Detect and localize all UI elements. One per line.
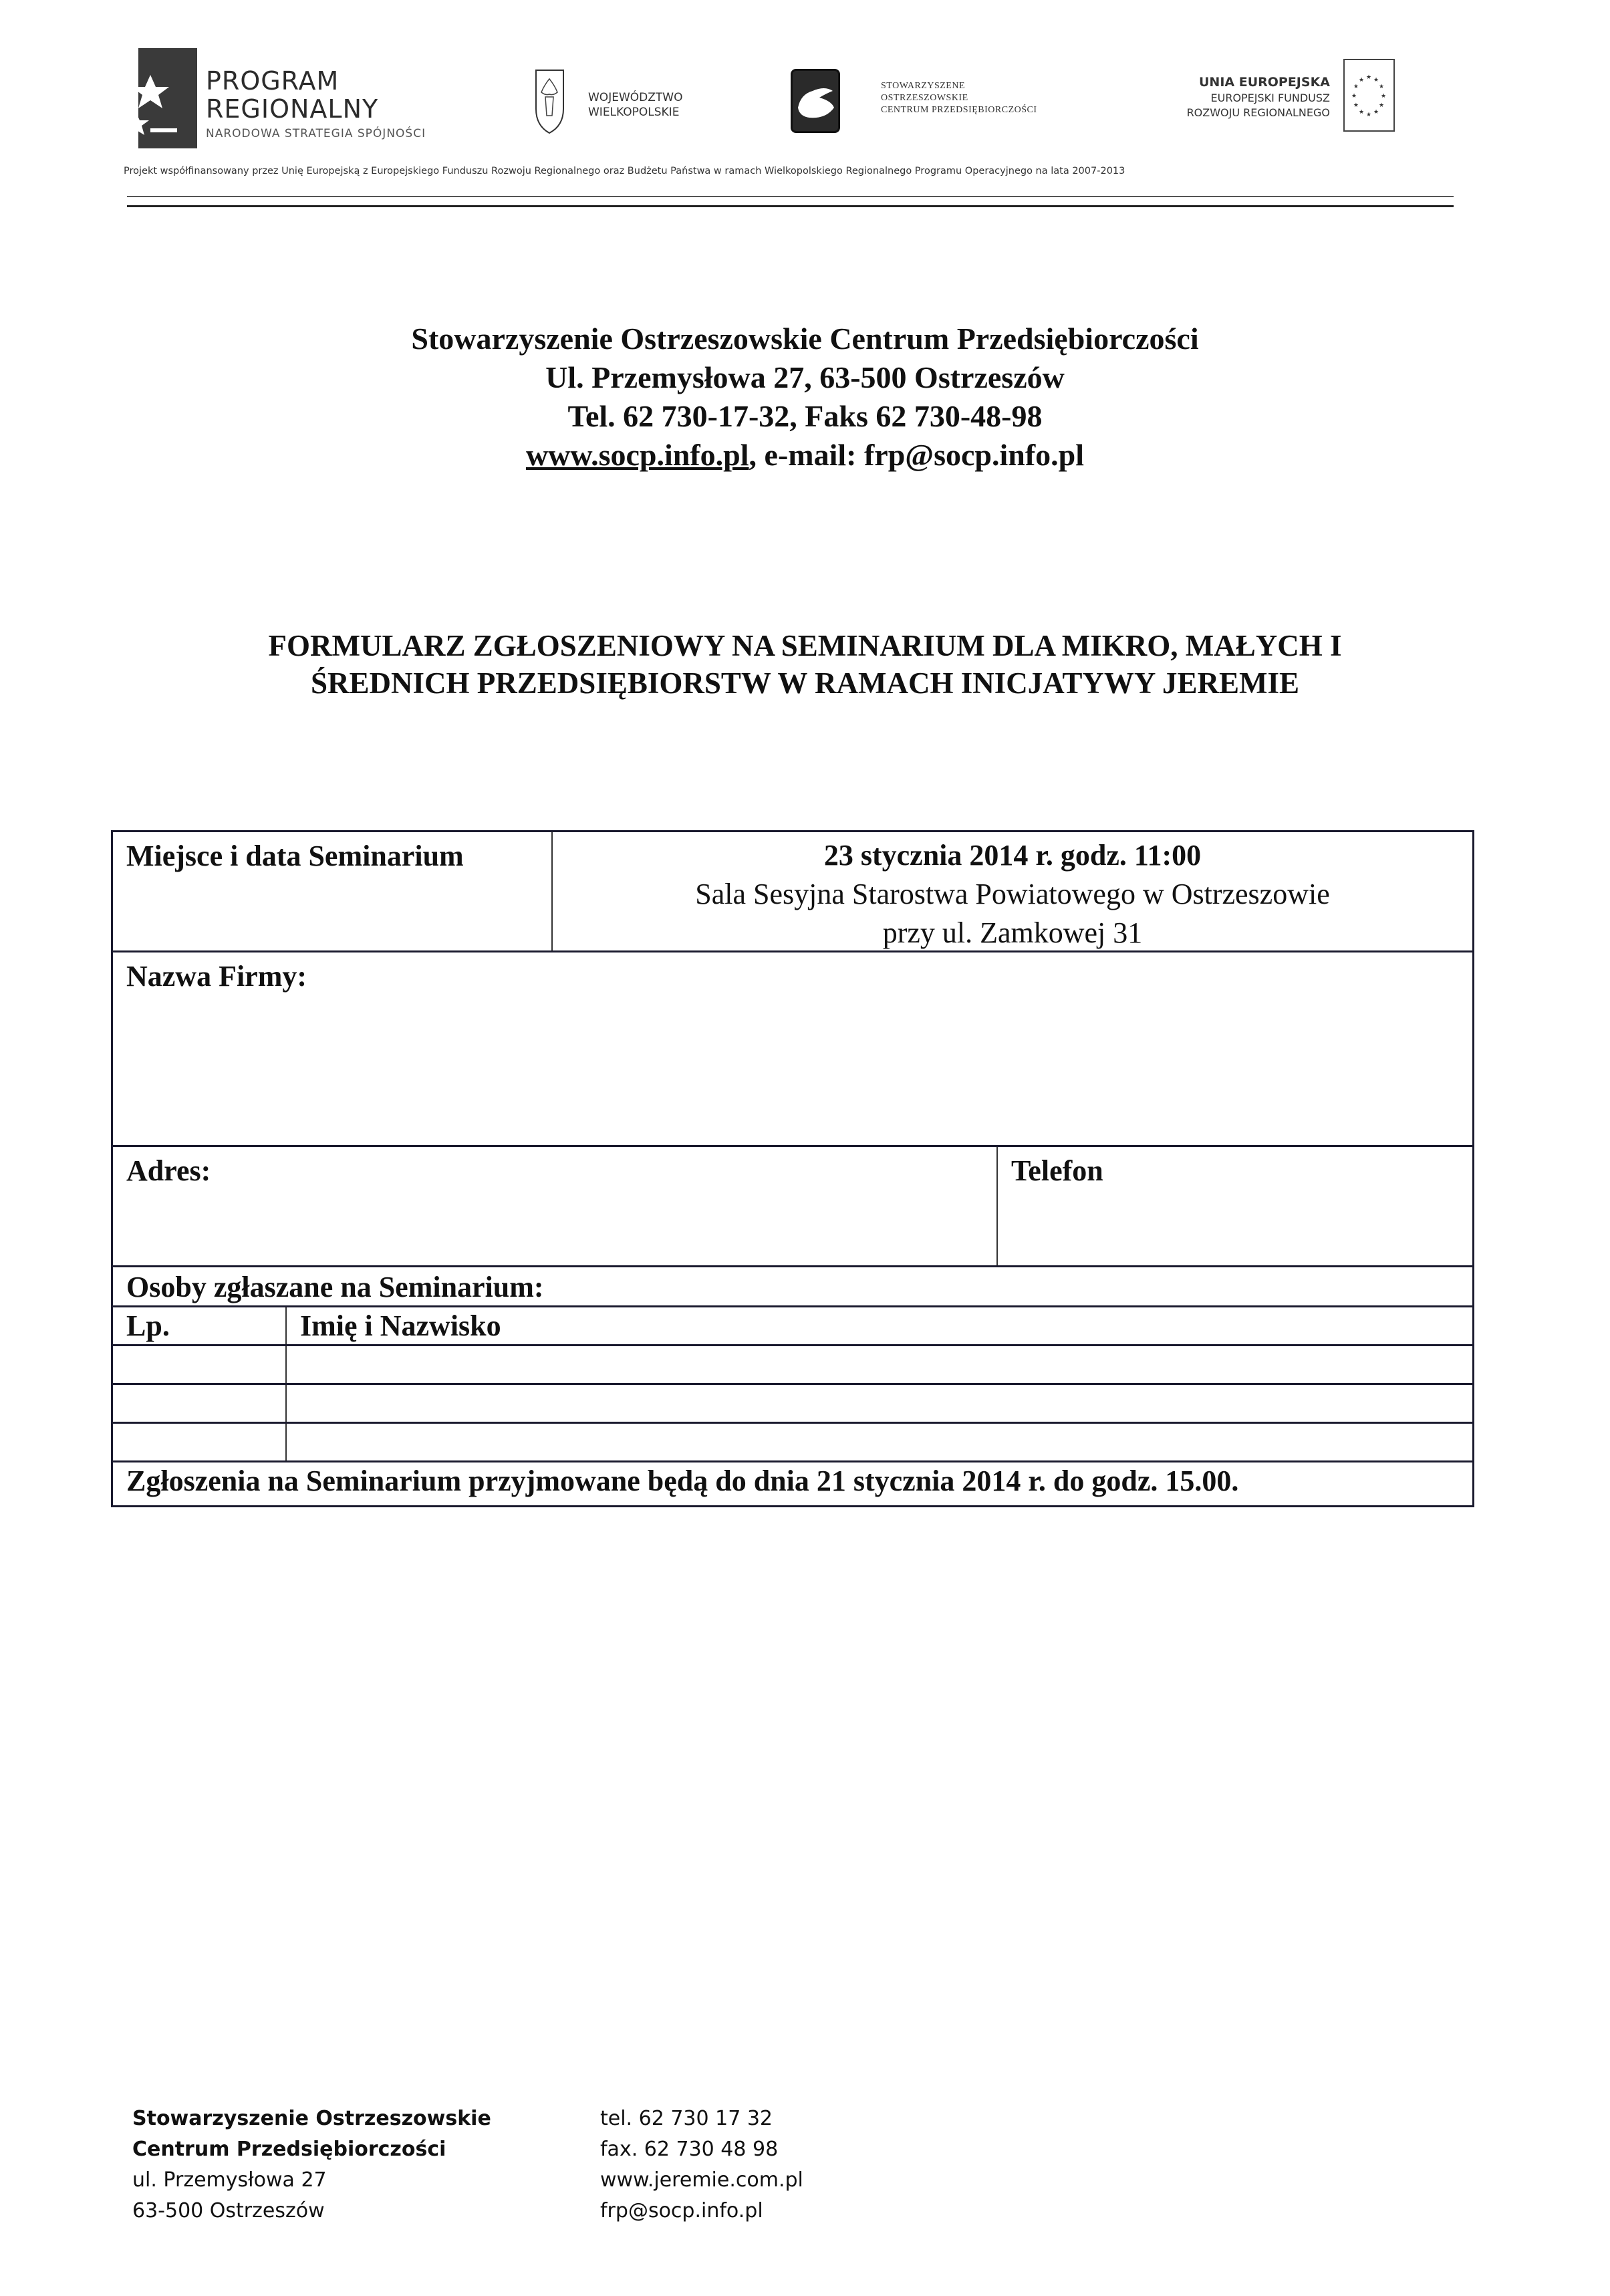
svg-text:★: ★	[1366, 74, 1371, 80]
footer-email-link[interactable]: frp@socp.info.pl	[600, 2196, 803, 2226]
company-label: Nazwa Firmy:	[126, 960, 307, 993]
program-regionalny-text: PROGRAM REGIONALNY NARODOWA STRATEGIA SP…	[206, 67, 426, 140]
attendee-lp-cell[interactable]	[113, 1385, 287, 1422]
voivodeship-line2: WIELKOPOLSKIE	[588, 105, 682, 120]
eagle-coat-of-arms-icon	[535, 69, 565, 134]
eu-text: UNIA EUROPEJSKA EUROPEJSKI FUNDUSZ ROZWO…	[1150, 74, 1330, 120]
venue-details: 23 stycznia 2014 r. godz. 11:00 Sala Ses…	[553, 832, 1472, 950]
column-name: Imię i Nazwisko	[287, 1307, 1472, 1344]
attendee-name-cell[interactable]	[287, 1424, 1472, 1460]
footer-fax: fax. 62 730 48 98	[600, 2134, 803, 2165]
attendee-name-cell[interactable]	[287, 1346, 1472, 1383]
company-row: Nazwa Firmy:	[113, 952, 1472, 1147]
organization-block: Stowarzyszenie Ostrzeszowskie Centrum Pr…	[0, 320, 1610, 475]
svg-text:★: ★	[1351, 92, 1357, 99]
form-title-line1: FORMULARZ ZGŁOSZENIOWY NA SEMINARIUM DLA…	[0, 627, 1610, 664]
attendees-columns-row: Lp. Imię i Nazwisko	[113, 1307, 1472, 1346]
attendees-header-row: Osoby zgłaszane na Seminarium:	[113, 1267, 1472, 1307]
organization-name: Stowarzyszenie Ostrzeszowskie Centrum Pr…	[0, 320, 1610, 358]
svg-text:★: ★	[1381, 92, 1386, 99]
attendee-name-cell[interactable]	[287, 1385, 1472, 1422]
program-title-line1: PROGRAM	[206, 67, 426, 95]
association-line2: OSTRZESZOWSKIE	[881, 92, 1037, 104]
venue-label: Miejsce i data Seminarium	[113, 832, 553, 950]
organization-contact: www.socp.info.pl, e-mail: frp@socp.info.…	[0, 436, 1610, 475]
organization-address: Ul. Przemysłowa 27, 63-500 Ostrzeszów	[0, 358, 1610, 397]
project-cofinancing-line: Projekt współfinansowany przez Unię Euro…	[124, 166, 1460, 176]
organization-email: , e-mail: frp@socp.info.pl	[749, 438, 1085, 472]
attendees-label: Osoby zgłaszane na Seminarium:	[113, 1267, 1472, 1305]
association-line1: STOWARZYSZENE	[881, 80, 1037, 92]
svg-text:★: ★	[1359, 108, 1364, 115]
attendee-row	[113, 1385, 1472, 1424]
venue-street: przy ul. Zamkowej 31	[566, 914, 1459, 952]
svg-text:★: ★	[1373, 76, 1379, 83]
footer-org-line2: Centrum Przedsiębiorczości	[132, 2134, 491, 2165]
footer-city: 63-500 Ostrzeszów	[132, 2196, 491, 2226]
column-lp: Lp.	[113, 1307, 287, 1344]
eu-line2: ROZWOJU REGIONALNEGO	[1150, 106, 1330, 120]
svg-text:★: ★	[1359, 76, 1364, 83]
address-phone-row: Adres: Telefon	[113, 1147, 1472, 1267]
footer-contact: tel. 62 730 17 32 fax. 62 730 48 98 www.…	[600, 2103, 803, 2226]
attendee-row	[113, 1424, 1472, 1462]
header-divider-thick	[127, 205, 1454, 207]
svg-text:★: ★	[1379, 102, 1384, 108]
attendee-lp-cell[interactable]	[113, 1346, 287, 1383]
eu-line1: EUROPEJSKI FUNDUSZ	[1150, 91, 1330, 106]
venue-date: 23 stycznia 2014 r. godz. 11:00	[566, 836, 1459, 875]
voivodeship-text: WOJEWÓDZTWO WIELKOPOLSKIE	[588, 90, 682, 120]
company-field[interactable]: Nazwa Firmy:	[113, 952, 1472, 1145]
organization-phones: Tel. 62 730-17-32, Faks 62 730-48-98	[0, 397, 1610, 436]
svg-text:★: ★	[1353, 83, 1359, 90]
svg-text:★: ★	[1373, 108, 1379, 115]
deadline-row: Zgłoszenia na Seminarium przyjmowane będ…	[113, 1462, 1472, 1505]
eu-title: UNIA EUROPEJSKA	[1150, 74, 1330, 91]
svg-text:★: ★	[1379, 83, 1384, 90]
form-title: FORMULARZ ZGŁOSZENIOWY NA SEMINARIUM DLA…	[0, 627, 1610, 702]
deadline-note: Zgłoszenia na Seminarium przyjmowane będ…	[113, 1462, 1472, 1505]
footer-street: ul. Przemysłowa 27	[132, 2165, 491, 2196]
footer-www-link[interactable]: www.jeremie.com.pl	[600, 2165, 803, 2196]
association-logo-text: STOWARZYSZENE OSTRZESZOWSKIE CENTRUM PRZ…	[881, 80, 1037, 116]
eu-flag-icon: ★★★★★★★★★★★★	[1343, 59, 1395, 132]
attendee-lp-cell[interactable]	[113, 1424, 287, 1460]
svg-text:★: ★	[1366, 111, 1371, 118]
venue-place: Sala Sesyjna Starostwa Powiatowego w Ost…	[566, 875, 1459, 914]
form-title-line2: ŚREDNICH PRZEDSIĘBIORSTW W RAMACH INICJA…	[0, 664, 1610, 702]
website-link[interactable]: www.socp.info.pl	[526, 438, 749, 472]
voivodeship-line1: WOJEWÓDZTWO	[588, 90, 682, 105]
venue-row: Miejsce i data Seminarium 23 stycznia 20…	[113, 832, 1472, 952]
footer-tel: tel. 62 730 17 32	[600, 2103, 803, 2134]
footer-address: Stowarzyszenie Ostrzeszowskie Centrum Pr…	[132, 2103, 491, 2226]
phone-label: Telefon	[1011, 1154, 1103, 1187]
program-title-line2: REGIONALNY	[206, 95, 426, 123]
registration-form-table: Miejsce i data Seminarium 23 stycznia 20…	[111, 830, 1474, 1507]
program-regionalny-logo-icon	[124, 48, 197, 148]
phone-field[interactable]: Telefon	[998, 1147, 1472, 1265]
hand-logo-icon	[791, 69, 840, 133]
header-divider	[127, 196, 1454, 197]
attendee-row	[113, 1346, 1472, 1385]
address-label: Adres:	[126, 1154, 211, 1187]
association-line3: CENTRUM PRZEDSIĘBIORCZOŚCI	[881, 104, 1037, 116]
footer-org-line1: Stowarzyszenie Ostrzeszowskie	[132, 2103, 491, 2134]
program-subtitle: NARODOWA STRATEGIA SPÓJNOŚCI	[206, 127, 426, 140]
svg-text:★: ★	[1353, 102, 1359, 108]
address-field[interactable]: Adres:	[113, 1147, 998, 1265]
